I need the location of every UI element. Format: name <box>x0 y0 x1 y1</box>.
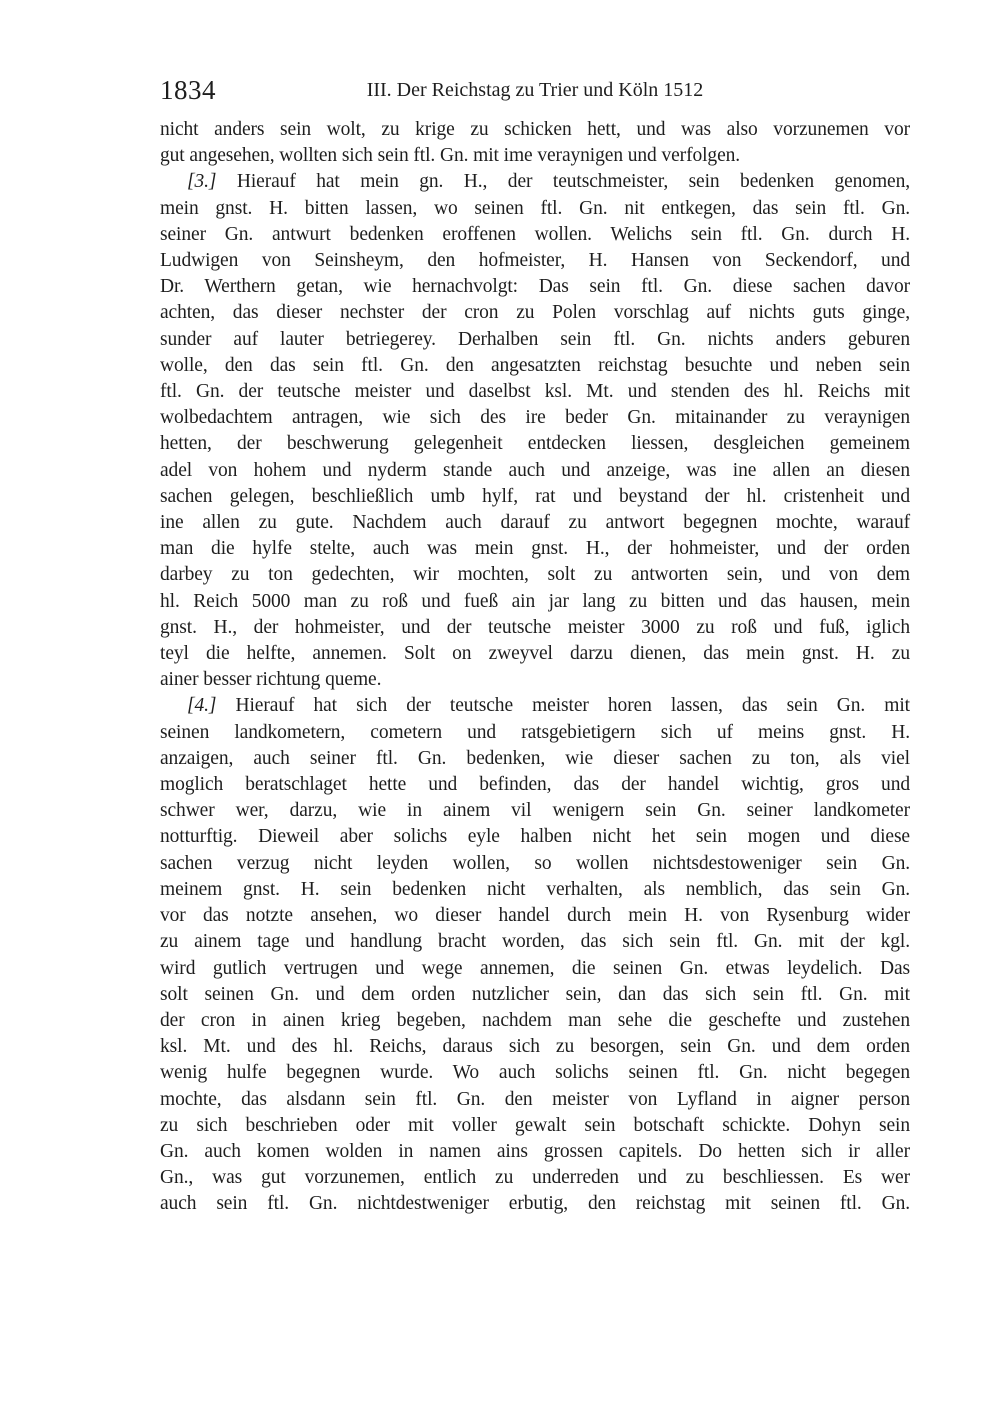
text-line: zu sich beschrieben oder mit voller gewa… <box>160 1113 910 1139</box>
text-line: Ludwigen von Seinsheym, den hofmeister, … <box>160 248 910 274</box>
text-line: seiner Gn. antwurt bedenken eroffenen wo… <box>160 222 910 248</box>
text-line: ine allen zu gute. Nachdem auch darauf z… <box>160 510 910 536</box>
text-line: Dr. Werthern getan, wie hernachvolgt: Da… <box>160 274 910 300</box>
text-line: Gn., was gut vorzunemen, entlich zu unde… <box>160 1165 910 1191</box>
text-line: wolle, den das sein ftl. Gn. den angesat… <box>160 353 910 379</box>
text-line: der cron in ainen krieg begeben, nachdem… <box>160 1008 910 1034</box>
book-page: 1834 III. Der Reichstag zu Trier und Köl… <box>0 0 1004 1418</box>
text-line: mochte, das alsdann sein ftl. Gn. den me… <box>160 1087 910 1113</box>
text-line: gnst. H., der hohmeister, und der teutsc… <box>160 615 910 641</box>
text-line: hetten, der beschwerung gelegenheit entd… <box>160 431 910 457</box>
page-header: 1834 III. Der Reichstag zu Trier und Köl… <box>160 74 910 106</box>
text-line: Gn. auch komen wolden in namen ains gros… <box>160 1139 910 1165</box>
text-line: mein gnst. H. bitten lassen, wo seinen f… <box>160 196 910 222</box>
text-line: sunder auf lauter betriegerey. Derhalben… <box>160 327 910 353</box>
text-line: ftl. Gn. der teutsche meister und daselb… <box>160 379 910 405</box>
paragraph-marker: [3.] <box>187 171 216 192</box>
text-line: ainer besser richtung queme. <box>160 667 910 693</box>
text-line: vor das notzte ansehen, wo dieser handel… <box>160 903 910 929</box>
text-line: auch sein ftl. Gn. nichtdestweniger erbu… <box>160 1191 910 1217</box>
text-line: schwer wer, darzu, wie in ainem vil weni… <box>160 798 910 824</box>
text-line: meinem gnst. H. sein bedenken nicht verh… <box>160 877 910 903</box>
text-line: sachen gelegen, beschließlich umb hylf, … <box>160 484 910 510</box>
text-line: wird gutlich vertrugen und wege annemen,… <box>160 956 910 982</box>
text-line: sachen verzug nicht leyden wollen, so wo… <box>160 851 910 877</box>
text-line: man die hylfe stelte, auch was mein gnst… <box>160 536 910 562</box>
text-line: adel von hohem und nyderm stande auch un… <box>160 458 910 484</box>
text-line: ksl. Mt. und des hl. Reichs, daraus sich… <box>160 1034 910 1060</box>
text-line: zu ainem tage und handlung bracht worden… <box>160 929 910 955</box>
text-line: anzaigen, auch seiner ftl. Gn. bedenken,… <box>160 746 910 772</box>
text-line: [4.] Hierauf hat sich der teutsche meist… <box>160 693 910 719</box>
text-line: notturftig. Dieweil aber solichs eyle ha… <box>160 824 910 850</box>
text-line: darbey zu ton gedechten, wir mochten, so… <box>160 562 910 588</box>
running-head: III. Der Reichstag zu Trier und Köln 151… <box>160 78 910 102</box>
text-line: [3.] Hierauf hat mein gn. H., der teutsc… <box>160 169 910 195</box>
text-line: hl. Reich 5000 man zu roß und fueß ain j… <box>160 589 910 615</box>
text-line: wolbedachtem antragen, wie sich des ire … <box>160 405 910 431</box>
text-line: wenig hulfe begegnen wurde. Wo auch soli… <box>160 1060 910 1086</box>
text-line: moglich beratschlaget hette und befinden… <box>160 772 910 798</box>
text-block: nicht anders sein wolt, zu krige zu schi… <box>160 117 910 1218</box>
paragraph-marker: [4.] <box>187 695 216 716</box>
text-line: nicht anders sein wolt, zu krige zu schi… <box>160 117 910 143</box>
text-line: teyl die helfte, annemen. Solt on zweyve… <box>160 641 910 667</box>
text-line: solt seinen Gn. und dem orden nutzlicher… <box>160 982 910 1008</box>
text-line: seinen landkometern, cometern und ratsge… <box>160 720 910 746</box>
text-line: gut angesehen, wollten sich sein ftl. Gn… <box>160 143 910 169</box>
text-line: achten, das dieser nechster der cron zu … <box>160 300 910 326</box>
